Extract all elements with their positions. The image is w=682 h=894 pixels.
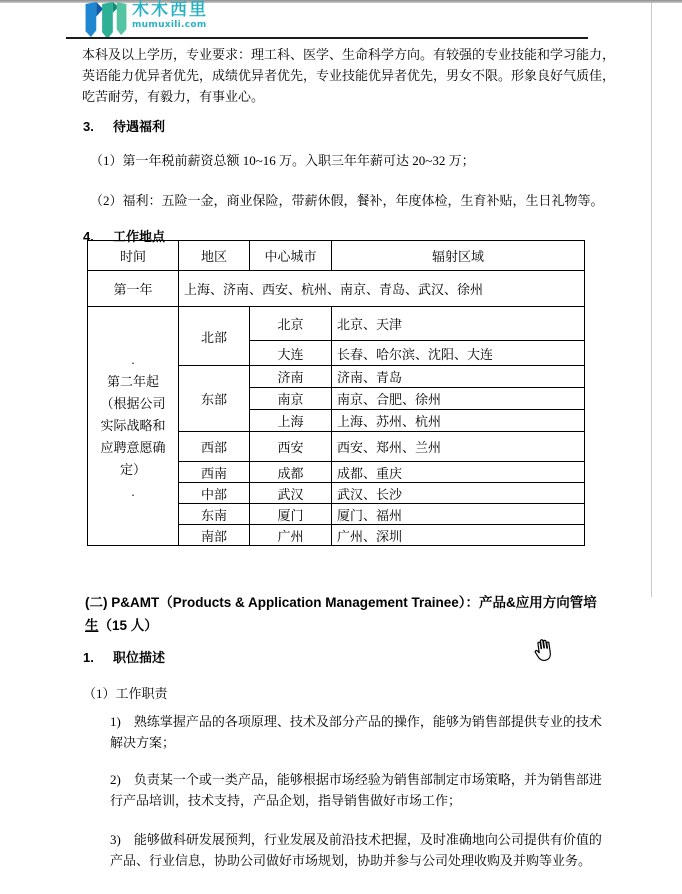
cell-region: 西南 [179,462,250,483]
cell-region: 中部 [179,483,250,504]
duty-item-1: 1) 熟练掌握产品的各项原理、技术及部分产品的操作，能够为销售部提供专业的技术 … [110,711,622,753]
cell-region: 西部 [179,432,250,462]
hand-cursor-icon [529,635,557,665]
cell-area: 广州、深圳 [332,525,585,546]
benefit-item-welfare: （2）福利：五险一金，商业保险，带薪休假，餐补，年度体检，生育补贴，生日礼物等。 [90,190,604,209]
cell-city: 西安 [250,432,332,462]
cell-city: 广州 [250,525,332,546]
cell-city: 上海 [250,410,332,432]
underlined-text: 生 [85,618,99,633]
cell-area: 武汉、长沙 [332,483,585,504]
cell-city: 北京 [250,307,332,341]
cell-area: 成都、重庆 [332,462,585,483]
cell-time-first-year: 第一年 [88,271,179,307]
mumuxili-logo: 木木西里 mumuxili.com [84,2,208,39]
cell-region: 东南 [179,504,250,525]
col-header-central-city: 中心城市 [250,241,332,271]
col-header-radiation-area: 辐射区域 [332,241,585,271]
duty-item-2: 2) 负责某一个或一类产品，能够根据市场经验为销售部制定市场策略，并为销售部进 … [110,769,622,811]
cell-city: 武汉 [250,483,332,504]
section-title: 职位描述 [113,650,165,665]
cell-region: 北部 [179,307,250,366]
work-location-table: 时间 地区 中心城市 辐射区域 第一年 上海、济南、西安、杭州、南京、青岛、武汉… [87,240,585,546]
document-page: 木木西里 mumuxili.com 本科及以上学历，专业要求：理工科、医学、生命… [0,0,682,894]
heading-line-1: (二) P&AMT（Products & Application Managem… [85,591,645,614]
cell-area: 济南、青岛 [332,366,585,388]
header-divider-rule [66,37,588,39]
headcount-text: （15 人） [99,618,158,633]
cell-time-second-year: . 第二年起 （根据公司 实际战略和 应聘意愿确 定） . [88,307,179,546]
col-header-region: 地区 [179,241,250,271]
table-row: 第一年 上海、济南、西安、杭州、南京、青岛、武汉、徐州 [88,271,585,307]
position-pamt-heading: (二) P&AMT（Products & Application Managem… [85,591,645,637]
logo-m-icon [84,2,128,39]
cell-area: 西安、郑州、兰州 [332,432,585,462]
cell-area: 长春、哈尔滨、沈阳、大连 [332,341,585,366]
cell-city: 厦门 [250,504,332,525]
duty-item-3: 3) 能够做科研发展预判，行业发展及前沿技术把握，及时准确地向公司提供有价值的 … [110,829,622,871]
cell-city: 济南 [250,366,332,388]
work-duties-subtitle: （1）工作职责 [83,683,168,702]
cell-area: 上海、苏州、杭州 [332,410,585,432]
section-job-description-heading: 1.职位描述 [83,647,165,666]
logo-brand-text: 木木西里 [132,2,208,19]
requirements-paragraph: 本科及以上学历，专业要求：理工科、医学、生命科学方向。有较强的专业技能和学习能力… [82,44,622,107]
logo-domain-text: mumuxili.com [132,21,208,30]
heading-line-2: 生（15 人） [85,614,645,637]
section-benefits-heading: 3.待遇福利 [83,116,165,135]
cell-area: 北京、天津 [332,307,585,341]
cell-area: 厦门、福州 [332,504,585,525]
cell-city: 成都 [250,462,332,483]
cell-city: 大连 [250,341,332,366]
cell-region: 东部 [179,366,250,432]
cell-first-year-cities: 上海、济南、西安、杭州、南京、青岛、武汉、徐州 [179,271,585,307]
cell-city: 南京 [250,388,332,410]
benefit-item-salary: （1）第一年税前薪资总额 10~16 万。入职三年年薪可达 20~32 万； [90,150,475,169]
section-number: 1. [83,650,113,665]
cell-area: 南京、合肥、徐州 [332,388,585,410]
logo-text-block: 木木西里 mumuxili.com [132,2,208,30]
table-header-row: 时间 地区 中心城市 辐射区域 [88,241,585,271]
section-title: 待遇福利 [113,119,165,134]
cell-region: 南部 [179,525,250,546]
page-right-boundary-line [651,3,652,597]
col-header-time: 时间 [88,241,179,271]
section-number: 3. [83,119,113,134]
table-row: . 第二年起 （根据公司 实际战略和 应聘意愿确 定） . 北部 北京 北京、天… [88,307,585,341]
